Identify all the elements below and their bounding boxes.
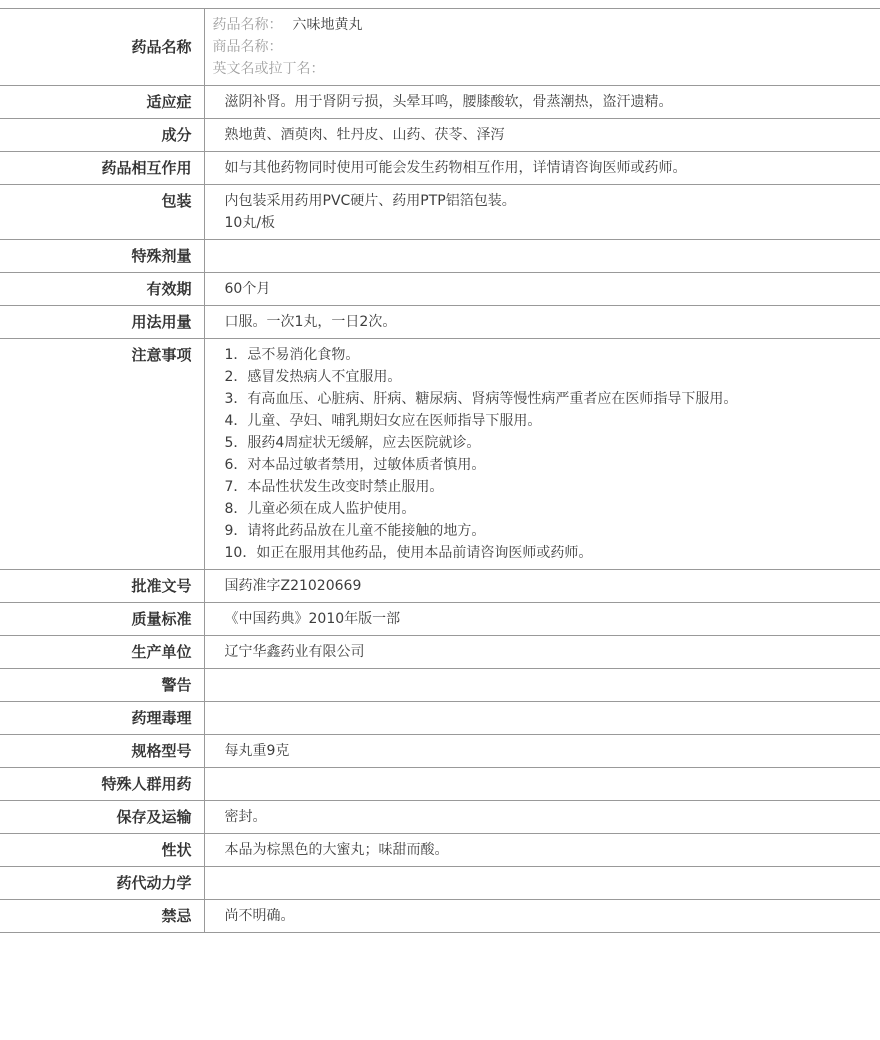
drug-info-table: 药品名称 药品名称：六味地黄丸 商品名称： 英文名或拉丁名： 适应症 滋阴补肾。… (0, 8, 880, 933)
precaution-item: 1．忌不易消化食物。 (225, 344, 871, 366)
precaution-item: 6．对本品过敏者禁用，过敏体质者慎用。 (225, 454, 871, 476)
row-value-drug-interactions: 如与其他药物同时使用可能会发生药物相互作用，详情请咨询医师或药师。 (204, 152, 880, 185)
precaution-item: 9．请将此药品放在儿童不能接触的地方。 (225, 520, 871, 542)
row-label-specification: 规格型号 (0, 735, 204, 768)
english-name-field: 英文名或拉丁名： (213, 58, 871, 80)
row-label-quality-standard: 质量标准 (0, 603, 204, 636)
trade-name-key: 商品名称： (213, 39, 283, 55)
row-shelf-life: 有效期 60个月 (0, 273, 880, 306)
packaging-line: 10丸/板 (225, 212, 871, 234)
row-label-shelf-life: 有效期 (0, 273, 204, 306)
precaution-item: 3．有高血压、心脏病、肝病、糖尿病、肾病等慢性病严重者应在医师指导下服用。 (225, 388, 871, 410)
row-value-ingredients: 熟地黄、酒萸肉、牡丹皮、山药、茯苓、泽泻 (204, 119, 880, 152)
row-label-special-dosage: 特殊剂量 (0, 240, 204, 273)
drug-name-field: 药品名称：六味地黄丸 (213, 14, 871, 36)
row-label-manufacturer: 生产单位 (0, 636, 204, 669)
row-manufacturer: 生产单位 辽宁华鑫药业有限公司 (0, 636, 880, 669)
row-drug-name: 药品名称 药品名称：六味地黄丸 商品名称： 英文名或拉丁名： (0, 9, 880, 86)
row-value-specification: 每丸重9克 (204, 735, 880, 768)
row-value-shelf-life: 60个月 (204, 273, 880, 306)
row-pharmacokinetics: 药代动力学 (0, 867, 880, 900)
row-label-ingredients: 成分 (0, 119, 204, 152)
row-value-pharmacology-toxicology (204, 702, 880, 735)
row-value-packaging: 内包装采用药用PVC硬片、药用PTP铝箔包装。 10丸/板 (204, 185, 880, 240)
row-indications: 适应症 滋阴补肾。用于肾阴亏损，头晕耳鸣，腰膝酸软，骨蒸潮热，盗汗遗精。 (0, 86, 880, 119)
row-label-approval-number: 批准文号 (0, 570, 204, 603)
row-label-drug-interactions: 药品相互作用 (0, 152, 204, 185)
precaution-item: 2．感冒发热病人不宜服用。 (225, 366, 871, 388)
row-dosage-usage: 用法用量 口服。一次1丸，一日2次。 (0, 306, 880, 339)
row-special-populations: 特殊人群用药 (0, 768, 880, 801)
row-value-dosage-usage: 口服。一次1丸，一日2次。 (204, 306, 880, 339)
english-name-key: 英文名或拉丁名： (213, 61, 325, 77)
row-label-special-populations: 特殊人群用药 (0, 768, 204, 801)
precaution-item: 10．如正在服用其他药品，使用本品前请咨询医师或药师。 (225, 542, 871, 564)
row-label-storage-transport: 保存及运输 (0, 801, 204, 834)
row-special-dosage: 特殊剂量 (0, 240, 880, 273)
row-label-contraindications: 禁忌 (0, 900, 204, 933)
row-precautions: 注意事项 1．忌不易消化食物。 2．感冒发热病人不宜服用。 3．有高血压、心脏病… (0, 339, 880, 570)
row-value-quality-standard: 《中国药典》2010年版一部 (204, 603, 880, 636)
row-storage-transport: 保存及运输 密封。 (0, 801, 880, 834)
page-container: 药品名称 药品名称：六味地黄丸 商品名称： 英文名或拉丁名： 适应症 滋阴补肾。… (0, 0, 880, 933)
row-value-drug-name: 药品名称：六味地黄丸 商品名称： 英文名或拉丁名： (204, 9, 880, 86)
row-specification: 规格型号 每丸重9克 (0, 735, 880, 768)
row-warning: 警告 (0, 669, 880, 702)
row-value-special-dosage (204, 240, 880, 273)
row-value-special-populations (204, 768, 880, 801)
row-label-packaging: 包装 (0, 185, 204, 240)
row-approval-number: 批准文号 国药准字Z21020669 (0, 570, 880, 603)
row-label-dosage-usage: 用法用量 (0, 306, 204, 339)
drug-name-value: 六味地黄丸 (293, 17, 363, 33)
row-label-properties: 性状 (0, 834, 204, 867)
row-value-manufacturer: 辽宁华鑫药业有限公司 (204, 636, 880, 669)
drug-name-key: 药品名称： (213, 17, 283, 33)
row-ingredients: 成分 熟地黄、酒萸肉、牡丹皮、山药、茯苓、泽泻 (0, 119, 880, 152)
row-value-warning (204, 669, 880, 702)
precaution-item: 5．服药4周症状无缓解，应去医院就诊。 (225, 432, 871, 454)
trade-name-field: 商品名称： (213, 36, 871, 58)
row-properties: 性状 本品为棕黑色的大蜜丸；味甜而酸。 (0, 834, 880, 867)
row-contraindications: 禁忌 尚不明确。 (0, 900, 880, 933)
row-label-precautions: 注意事项 (0, 339, 204, 570)
row-value-precautions: 1．忌不易消化食物。 2．感冒发热病人不宜服用。 3．有高血压、心脏病、肝病、糖… (204, 339, 880, 570)
row-value-contraindications: 尚不明确。 (204, 900, 880, 933)
precaution-item: 8．儿童必须在成人监护使用。 (225, 498, 871, 520)
row-label-drug-name: 药品名称 (0, 9, 204, 86)
row-value-storage-transport: 密封。 (204, 801, 880, 834)
row-value-pharmacokinetics (204, 867, 880, 900)
row-value-properties: 本品为棕黑色的大蜜丸；味甜而酸。 (204, 834, 880, 867)
row-packaging: 包装 内包装采用药用PVC硬片、药用PTP铝箔包装。 10丸/板 (0, 185, 880, 240)
precaution-item: 4．儿童、孕妇、哺乳期妇女应在医师指导下服用。 (225, 410, 871, 432)
row-label-pharmacokinetics: 药代动力学 (0, 867, 204, 900)
precaution-item: 7．本品性状发生改变时禁止服用。 (225, 476, 871, 498)
row-label-warning: 警告 (0, 669, 204, 702)
row-quality-standard: 质量标准 《中国药典》2010年版一部 (0, 603, 880, 636)
row-label-pharmacology-toxicology: 药理毒理 (0, 702, 204, 735)
row-value-approval-number: 国药准字Z21020669 (204, 570, 880, 603)
row-drug-interactions: 药品相互作用 如与其他药物同时使用可能会发生药物相互作用，详情请咨询医师或药师。 (0, 152, 880, 185)
row-label-indications: 适应症 (0, 86, 204, 119)
row-pharmacology-toxicology: 药理毒理 (0, 702, 880, 735)
packaging-line: 内包装采用药用PVC硬片、药用PTP铝箔包装。 (225, 190, 871, 212)
row-value-indications: 滋阴补肾。用于肾阴亏损，头晕耳鸣，腰膝酸软，骨蒸潮热，盗汗遗精。 (204, 86, 880, 119)
